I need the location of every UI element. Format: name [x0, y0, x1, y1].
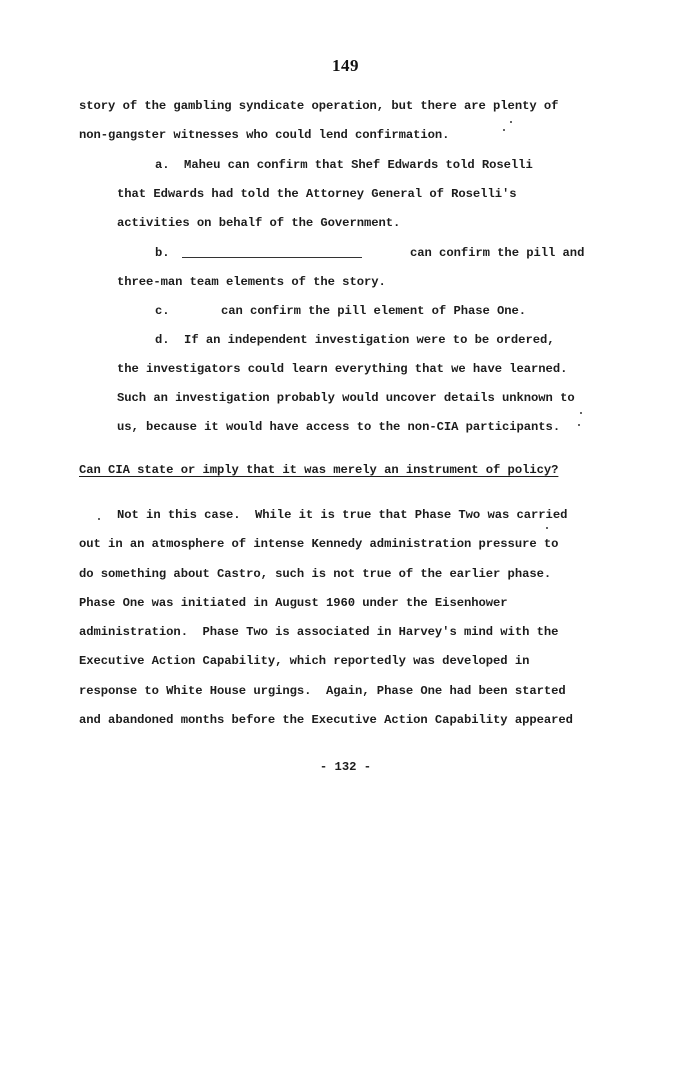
list-item-a-continued: activities on behalf of the Government. [117, 215, 400, 231]
scan-speck [503, 129, 505, 131]
body-line: Phase One was initiated in August 1960 u… [79, 595, 508, 611]
scan-speck [578, 424, 580, 426]
body-line: and abandoned months before the Executiv… [79, 712, 573, 728]
list-item-d-continued: the investigators could learn everything… [117, 361, 567, 377]
body-line: Not in this case. While it is true that … [117, 507, 567, 523]
body-line: Executive Action Capability, which repor… [79, 653, 529, 669]
list-item-d-continued: Such an investigation probably would unc… [117, 390, 575, 406]
redaction-mark [182, 248, 362, 258]
section-heading: Can CIA state or imply that it was merel… [79, 462, 558, 478]
scan-speck [546, 527, 548, 529]
list-item-b: can confirm the pill and [410, 245, 584, 261]
document-page-number: - 132 - [0, 760, 691, 774]
body-line: story of the gambling syndicate operatio… [79, 98, 558, 114]
scan-speck [580, 412, 582, 414]
scan-speck [98, 518, 100, 520]
archive-page-number: 149 [0, 56, 691, 76]
body-line: do something about Castro, such is not t… [79, 566, 551, 582]
list-item-c: can confirm the pill element of Phase On… [221, 303, 526, 319]
scan-speck [510, 121, 512, 123]
list-item-c-label: c. [155, 303, 170, 319]
document-page: 149 story of the gambling syndicate oper… [0, 0, 691, 1081]
list-item-d-continued: us, because it would have access to the … [117, 419, 560, 435]
list-item-d: d. If an independent investigation were … [155, 332, 555, 348]
list-item-b-label: b. [155, 245, 170, 261]
list-item-b-continued: three-man team elements of the story. [117, 274, 386, 290]
body-line: response to White House urgings. Again, … [79, 683, 566, 699]
body-line: administration. Phase Two is associated … [79, 624, 558, 640]
list-item-a-continued: that Edwards had told the Attorney Gener… [117, 186, 517, 202]
list-item-a: a. Maheu can confirm that Shef Edwards t… [155, 157, 533, 173]
body-line: out in an atmosphere of intense Kennedy … [79, 536, 558, 552]
body-line: non-gangster witnesses who could lend co… [79, 127, 449, 143]
